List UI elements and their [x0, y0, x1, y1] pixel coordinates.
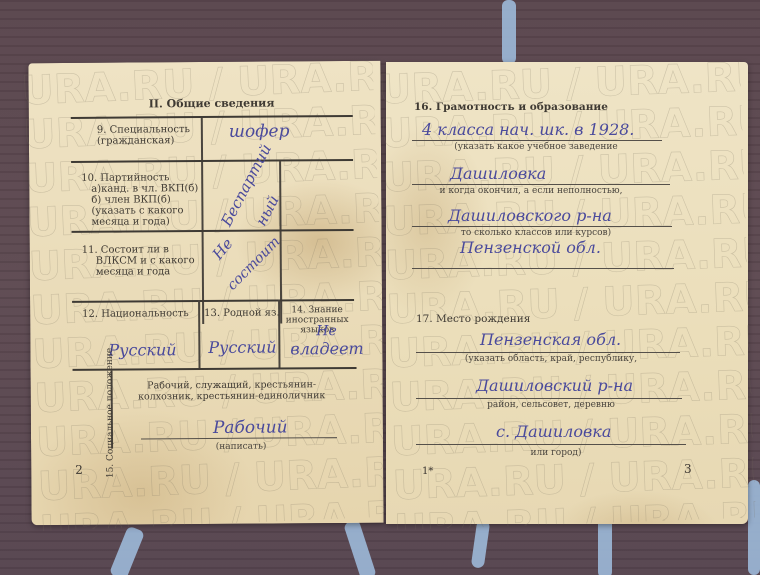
divider	[412, 226, 672, 227]
field-12-label: 12. Национальность	[82, 308, 189, 320]
section-title: II. Общие сведения	[149, 98, 275, 110]
field-9-label: 9. Специальность (гражданская)	[97, 124, 190, 147]
field-14-value-1: Не	[316, 323, 337, 339]
bookmark-ribbon	[598, 518, 612, 575]
field-label: (указать с какого	[81, 205, 198, 217]
page-number: 2	[75, 463, 83, 477]
divider	[416, 444, 686, 445]
field-17-title: 17. Место рождения	[416, 314, 530, 325]
bookmark-ribbon	[343, 519, 377, 575]
field-label: 11. Состоит ли в	[82, 244, 195, 256]
field-16-value-4: Пензенской обл.	[460, 238, 601, 257]
bookmark-ribbon	[109, 526, 145, 575]
field-15-value: Рабочий	[213, 417, 288, 438]
field-16-caption-1: (указать какое учебное заведение	[446, 142, 626, 152]
watermark: URA.RU / URA.RU / URA.RU URA.RU / URA.RU…	[20, 55, 391, 531]
field-15-label: 15. Социальное положение	[105, 358, 117, 478]
field-16-caption-2: и когда окончил, а если неполностью,	[426, 186, 636, 196]
divider	[201, 118, 204, 324]
divider	[72, 299, 354, 303]
field-15-caption: (написать)	[201, 441, 281, 452]
field-17-caption-3: или город)	[516, 448, 596, 458]
bookmark-ribbon-top	[502, 0, 516, 64]
bookmark-ribbon	[748, 480, 760, 575]
divider	[416, 398, 682, 399]
field-label: а)канд. в чл. ВКП(б)	[81, 183, 198, 195]
field-10-value-2: ный	[252, 192, 283, 228]
field-label: колхозник, крестьянин-единоличник	[117, 390, 347, 403]
field-14-value-2: владеет	[290, 339, 363, 359]
field-17-caption-1: (указать область, край, республику,	[456, 354, 646, 364]
field-17-caption-2: район, сельсовет, деревню	[476, 400, 626, 410]
field-label: 14. Знание	[284, 305, 350, 315]
field-label: 9. Специальность	[97, 124, 190, 136]
field-11-value: Не	[209, 235, 237, 263]
field-13-value: Русский	[208, 338, 276, 357]
field-17-value-2: Дашиловский р-на	[476, 376, 633, 395]
field-label: месяца и года	[82, 266, 195, 278]
field-label: б) член ВКП(б)	[81, 194, 198, 206]
field-15-options: Рабочий, служащий, крестьянин- колхозник…	[117, 379, 347, 403]
field-12-value: Русский	[108, 340, 176, 359]
field-label: 10. Партийность	[81, 172, 198, 184]
divider	[412, 184, 670, 185]
bookmark-ribbon	[471, 519, 491, 568]
divider	[71, 115, 353, 119]
field-16-caption-3: то сколько классов или курсов)	[446, 228, 626, 238]
field-16-value-2: Дашиловка	[450, 164, 546, 183]
field-13-label: 13. Родной яз.	[204, 307, 280, 319]
field-17-value-3: с. Дашиловка	[496, 422, 611, 441]
divider	[416, 352, 680, 353]
document-page-right: URA.RU / URA.RU / URA.RU URA.RU / URA.RU…	[386, 62, 748, 524]
divider	[141, 437, 337, 439]
field-16-title: 16. Грамотность и образование	[414, 102, 608, 113]
field-label: ВЛКСМ и с какого	[82, 255, 195, 267]
divider	[71, 159, 353, 163]
divider	[412, 268, 674, 269]
field-11-label: 11. Состоит ли в ВЛКСМ и с какого месяца…	[82, 244, 195, 278]
field-16-value-3: Дашиловского р-на	[448, 206, 612, 225]
field-label: (гражданская)	[97, 135, 190, 147]
signature-mark: 1*	[422, 466, 433, 477]
divider	[198, 300, 200, 368]
document-page-left: URA.RU / URA.RU / URA.RU URA.RU / URA.RU…	[28, 61, 383, 525]
page-number: 3	[684, 462, 692, 476]
field-17-value-1: Пензенская обл.	[480, 330, 621, 349]
divider	[72, 229, 354, 233]
divider	[412, 140, 662, 141]
field-10-label: 10. Партийность а)канд. в чл. ВКП(б) б) …	[81, 172, 198, 228]
field-16-value-1: 4 класса нач. шк. в 1928.	[422, 120, 634, 139]
field-label: месяца и года)	[81, 216, 198, 228]
